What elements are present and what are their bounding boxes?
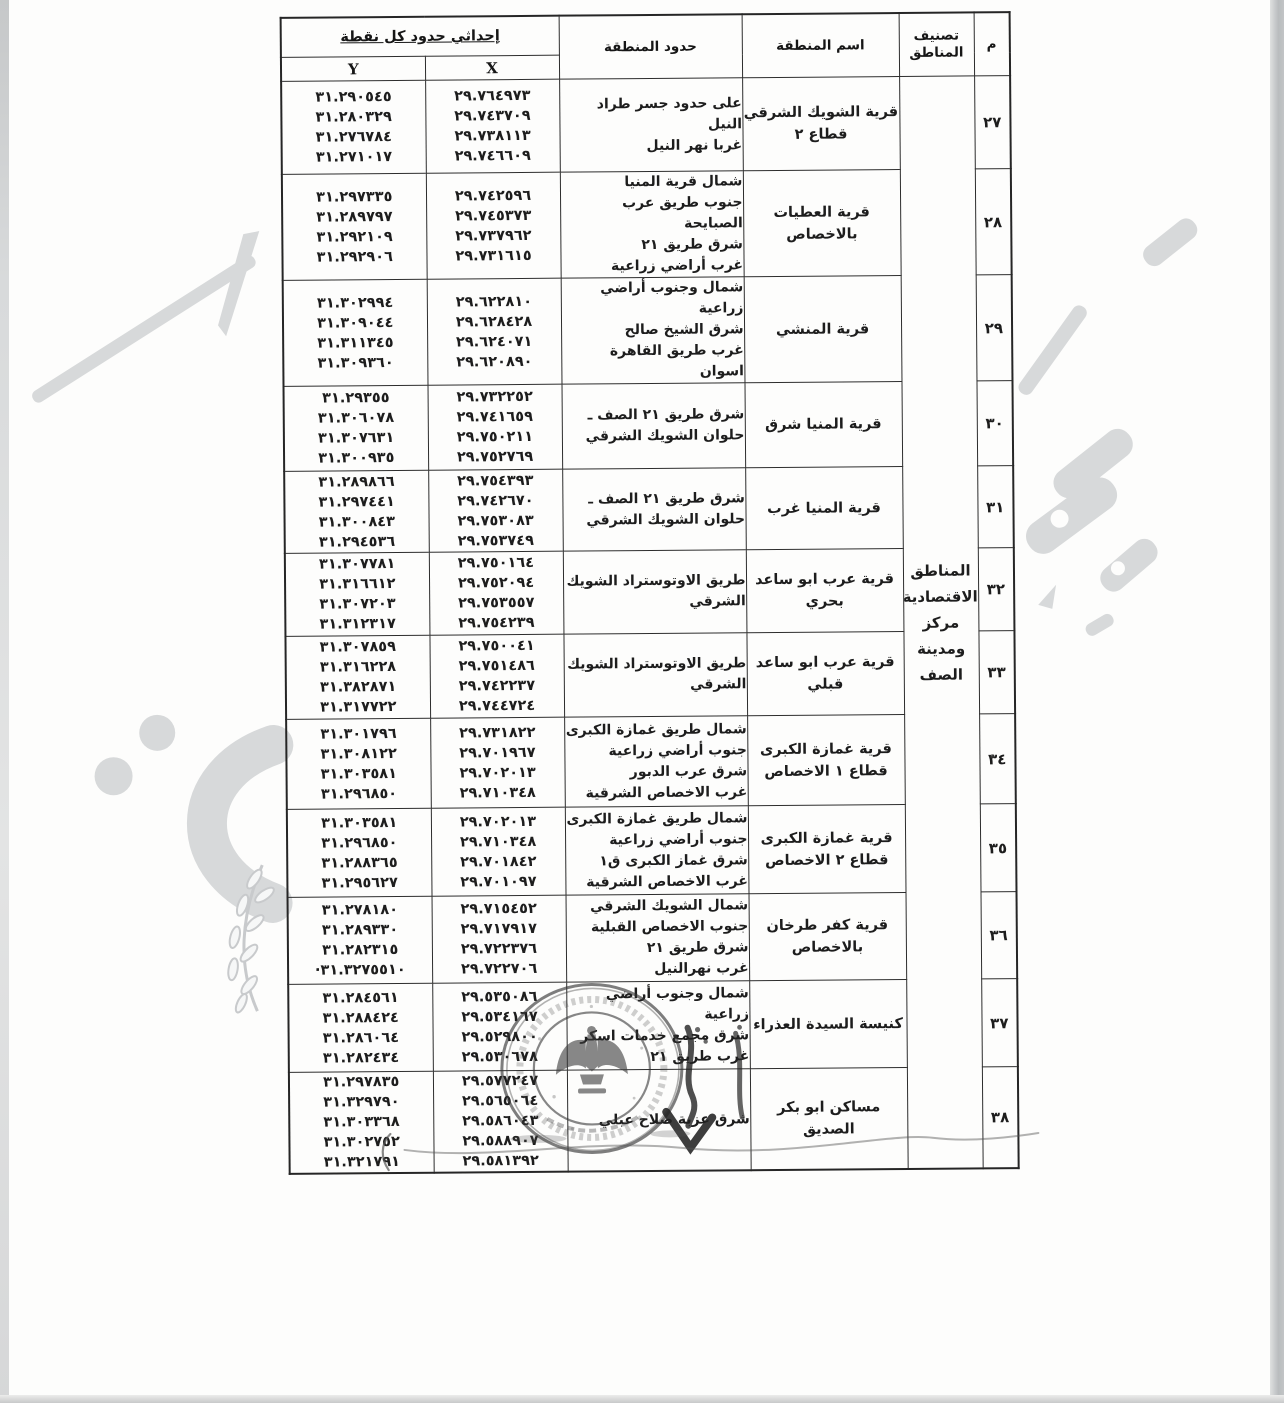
area-name-cell: قرية العطياتبالاخصاص [743,170,901,277]
classification-line: ومدينة [904,635,978,662]
y-coordinate-value: ٣١.٣٠٧٦٣١ [285,428,428,449]
x-coordinate-value: ٢٩.٦٢٢٨١٠ [427,291,560,312]
area-name-line: قرية عرب ابو ساعد [746,568,902,591]
y-coordinate-value: ٣١.٢٩٧٣٣٥ [283,186,426,207]
eagle-emblem [556,1026,629,1094]
col-header-x: X [425,55,559,80]
y-coordinate-value: ·٣١.٣٢٧٥٥١٠ [289,960,432,981]
x-coordinate-value: ٢٩.٧٤٣٧٠٩ [426,106,559,127]
y-coordinate-value: ٣١.٢٨٨٣٦٥ [288,852,431,873]
bounds-line: غرب طريق القاهرة اسوان [562,340,744,383]
row-number-cell: ٣٠ [977,381,1014,466]
y-coordinate-value: ٣١.٣٢٩٧٩٠ [290,1092,433,1113]
x-coordinate-value: ٢٩.٧٤٢٢٣٧ [430,676,563,697]
x-coordinate-value: ٢٩.٧٥٣٥٥٧ [430,593,563,614]
x-coordinate-value: ٢٩.٧٤٢٥٩٦ [426,185,559,206]
x-coordinate-value: ٢٩.٧١٥٤٥٢ [432,899,565,920]
y-coordinate-value: ٣١.٢٩٢١٠٩ [283,226,426,247]
area-name-cell: قرية غمازة الكبرىقطاع ١ الاخصاص [747,714,905,805]
area-name-line: قرية المنشي [745,318,901,341]
y-coordinate-value: ٣١.٢٩٦٨٥٠ [288,783,431,804]
bounds-line: شمال طريق غمازة الكبرى [565,808,747,830]
area-name-cell: قرية المنشي [744,276,902,383]
area-bounds-cell: شمال طريق غمازة الكبرىجنوب أراضي زراعيةش… [565,806,749,895]
squiggle-paren [383,1134,391,1170]
scan-content: م تصنيف المناطق اسم المنطقة حدود المنطقة… [0,0,1284,1403]
area-name-line: بالاخصاص [744,223,900,246]
x-coordinate-value: ٢٩.٧٣٨١١٣ [426,126,559,147]
y-coordinate-value: ٣١.٢٨٠٣٢٩ [282,107,425,128]
y-coordinate-value: ٣١.٣٠٨١٢٢ [287,743,430,764]
row-number-cell: ٣١ [977,466,1014,548]
y-coordinate-value: ٣١.٣٠٣٥٨١ [287,763,430,784]
scan-speck [990,754,994,758]
y-coordinate-value: ٣١.٣١٢٣١٧ [286,614,429,635]
bounds-line: شمال الشويك الشرقي [566,895,748,917]
area-name-cell: قرية الشويك الشرقيقطاع ٢ [742,77,900,171]
y-coordinate-value: ٣١.٣٠٦٠٧٨ [285,408,428,429]
y-coordinate-value: ٣١.٣٠٧٨٥٩ [286,637,429,658]
x-coordinates-cell: ٢٩.٧٣٢٢٥٢٢٩.٧٤١٦٥٩٢٩.٧٥٠٢١١٢٩.٧٥٢٧٦٩ [428,384,563,470]
y-coordinates-cell: ٣١.٣٠٢٩٩٤٣١.٣٠٩٠٤٤٣١.٣١١٣٤٥٣١.٣٠٩٣٦٠ [283,279,428,386]
y-coordinate-value: ٣١.٣٠٧٢٠٣ [286,594,429,615]
area-name-line: قرية المنيا غرب [746,497,902,520]
row-number-cell: ٣٧ [981,979,1018,1067]
x-coordinate-value: ٢٩.٧٥١٤٨٦ [430,656,563,677]
y-coordinate-value: ٣١.٢٧١٠١٧ [283,147,426,168]
x-coordinate-value: ٢٩.٧٣١٦١٥ [427,245,560,266]
area-name-cell: قرية المنيا غرب [745,467,903,550]
bounds-line: على حدود جسر طراد النيل [560,93,742,136]
x-coordinate-value: ٢٩.٧٤٤٧٢٤ [430,696,563,717]
col-header-area-bounds: حدود المنطقة [559,14,742,79]
y-coordinate-value: ٣١.٢٧٦٧٨٤ [282,127,425,148]
y-coordinate-value: ٣١.٢٩٥٦٢٧ [288,872,431,893]
x-coordinate-value: ٢٩.٧٥٠٠٤١ [430,636,563,657]
watermark-dot [139,715,175,751]
y-coordinate-value: ٣١.٢٨٩٣٣٠ [289,920,432,941]
y-coordinate-value: ٣١.٣١٦٢٢٨ [287,657,430,678]
x-coordinate-value: ٢٩.٦٢٨٤٢٨ [427,311,560,332]
table-row: ٢٧المناطقالاقتصاديةمركزومدينةالصفقرية ال… [281,76,1011,175]
watermark-arc [206,745,274,904]
y-coordinate-value: ٣١.٣٠٧٧٨١ [286,554,429,575]
y-coordinate-value: ٣١.٣٠١٧٩٦ [287,723,430,744]
y-coordinate-value: ٣١.٢٨٨٤٢٤ [289,1007,432,1028]
y-coordinates-cell: ٣١.٢٨٩٨٦٦٣١.٢٩٧٤٤١٣١.٣٠٠٨٤٣٣١.٢٩٤٥٣٦ [284,470,429,553]
area-name-line: قرية غمازة الكبرى [748,737,904,760]
area-name-line: بحري [747,590,903,613]
bounds-line: غرب الاخصاص الشرقية [565,782,747,804]
area-bounds-cell: شرق طريق ٢١ الصف ـحلوان الشويك الشرقي [562,383,746,469]
watermark-stroke [1016,303,1090,398]
bounds-line: شمال وجنوب أراضي [561,277,743,299]
scanned-document-page: م تصنيف المناطق اسم المنطقة حدود المنطقة… [0,0,1284,1403]
y-coordinates-cell: ٣١.٢٨٤٥٦١٣١.٢٨٨٤٢٤٣١.٢٨٦٠٦٤٣١.٢٨٢٤٣٤ [288,983,433,1072]
classification-line: الصف [904,661,978,688]
col-header-classification-line2: المناطق [899,44,973,62]
x-coordinates-cell: ٢٩.٧٣١٨٢٢٢٩.٧٠١٩٦٧٢٩.٧٠٢٠١٣٢٩.٧١٠٣٤٨ [430,717,565,808]
col-header-area-name: اسم المنطقة [742,13,899,78]
x-coordinate-value: ٢٩.٧١٧٩١٧ [432,919,565,940]
x-coordinate-value: ٢٩.٧٠١٨٤٢ [432,851,565,872]
signature-stroke [688,1028,695,1126]
row-number-cell: ٢٨ [975,169,1012,275]
bounds-line: شمال قرية المنيا [560,171,742,193]
bounds-line: غربا نهر النيل [560,135,742,157]
x-coordinates-cell: ٢٩.٧٠٢٠١٣٢٩.٧١٠٣٤٨٢٩.٧٠١٨٤٢٢٩.٧٠١٠٩٧ [431,807,566,896]
y-coordinate-value: ٣١.٣٠٩٣٦٠ [284,352,427,373]
bounds-line: شرق غماز الكبرى ق١ [566,850,748,872]
bounds-line: شرق طريق ٢١ [566,937,748,959]
x-coordinates-cell: ٢٩.٧٥٠٠٤١٢٩.٧٥١٤٨٦٢٩.٧٤٢٢٣٧٢٩.٧٤٤٧٢٤ [429,634,564,718]
area-bounds-cell: شرق طريق ٢١ الصف ـحلوان الشويك الشرقي [562,468,746,551]
x-coordinate-value: ٢٩.٦٢٠٨٩٠ [428,351,561,372]
x-coordinate-value: ٢٩.٧٥٢٠٩٤ [429,573,562,594]
bounds-line: طريق الاوتوستراد الشويك [564,653,746,675]
watermark-counter [1051,510,1069,528]
x-coordinate-value: ٢٩.٧٣٢٢٥٢ [428,387,561,408]
y-coordinate-value: ٣١.٢٨٩٧٩٧ [283,206,426,227]
col-header-classification-line1: تصنيف [899,27,973,45]
scan-edge-right [1270,0,1284,1403]
y-coordinates-cell: ٣١.٢٩٣٥٥٣١.٣٠٦٠٧٨٣١.٣٠٧٦٣١٣١.٣٠٠٩٣٥ [284,385,429,471]
y-coordinate-value: ٣١.٢٧٨١٨٠ [289,900,432,921]
y-coordinates-cell: ٣١.٣٠٧٧٨١٣١.٣١٦٦١٢٣١.٣٠٧٢٠٣٣١.٣١٢٣١٧ [285,552,430,636]
bounds-line: حلوان الشويك الشرقي [563,509,745,531]
row-number-cell: ٢٩ [976,275,1013,381]
watermark-stroke [1038,585,1056,609]
area-name-line: قرية الشويك الشرقي [743,101,899,124]
y-coordinate-value: ٣١.٢٨٤٥٦١ [289,987,432,1008]
y-coordinates-cell: ٣١.٢٧٨١٨٠٣١.٢٨٩٣٣٠٣١.٢٨٢٣١٥·٣١.٣٢٧٥٥١٠ [288,896,433,984]
area-bounds-cell: طريق الاوتوستراد الشويكالشرقي [563,550,747,634]
col-header-coordinates: إحداثي حدود كل نقطة [281,16,559,58]
y-coordinates-cell: ٣١.٢٩٠٥٤٥٣١.٢٨٠٣٢٩٣١.٢٧٦٧٨٤٣١.٢٧١٠١٧ [281,80,426,174]
x-coordinate-value: ٢٩.٧٢٢٧٠٦ [433,959,566,980]
watermark-stroke [1083,612,1115,638]
y-coordinate-value: ٣١.٢٩٧٨٣٥ [290,1072,433,1093]
x-coordinate-value: ٢٩.٧٠١٩٦٧ [431,742,564,763]
y-coordinate-value: ٣١.٣٠٠٩٣٥ [285,448,428,469]
area-name-cell: قرية كفر طرخانبالاخصاص [749,892,907,980]
x-coordinate-value: ٢٩.٧٥٢٧٦٩ [429,447,562,468]
y-coordinate-value: ٣١.٣٨٢٨٧١ [287,677,430,698]
y-coordinate-value: ٣١.٣٠٣٥٨١ [288,812,431,833]
x-coordinate-value: ٢٩.٧٥٠١٦٤ [429,553,562,574]
bounds-line: جنوب الاخصاص القبلية [566,916,748,938]
bounds-line: غرب الاخصاص الشرقية [566,871,748,893]
y-coordinate-value: ٣١.٢٩٧٤٤١ [285,491,428,512]
area-name-line: قرية المنيا شرق [745,413,901,436]
y-coordinate-value: ٣١.٣١١٣٤٥ [284,332,427,353]
y-coordinates-cell: ٣١.٣٠١٧٩٦٣١.٣٠٨١٢٢٣١.٣٠٣٥٨١٣١.٢٩٦٨٥٠ [286,718,431,809]
x-coordinate-value: ٢٩.٧٣٧٩٦٢ [427,225,560,246]
area-bounds-cell: شمال قرية المنياجنوب طريق عرب الصبايحةشر… [560,171,744,278]
y-coordinate-value: ٣١.٢٩٢٩٠٦ [283,246,426,267]
y-coordinate-value: ٣١.٣٠٢٩٩٤ [284,292,427,313]
y-coordinate-value: ٣١.٢٨٩٨٦٦ [285,471,428,492]
x-coordinates-cell: ٢٩.٧٦٤٩٧٣٢٩.٧٤٣٧٠٩٢٩.٧٣٨١١٣٢٩.٧٤٦٦٠٩ [425,79,560,173]
bounds-line: شرق عرب الدبور [565,761,747,783]
bounds-line: شرق طريق ٢١ [561,234,743,256]
area-bounds-cell: طريق الاوتوستراد الشويكالشرقي [563,633,747,717]
bounds-line: الشرقي [564,674,746,696]
y-coordinate-value: ٣١.٢٩٦٨٥٠ [288,832,431,853]
x-coordinates-cell: ٢٩.٧١٥٤٥٢٢٩.٧١٧٩١٧٢٩.٧٢٢٣٧٦٢٩.٧٢٢٧٠٦ [432,895,567,983]
col-header-num: م [974,12,1010,76]
x-coordinate-value: ٢٩.٧٥٣٠٨٣ [429,510,562,531]
y-coordinate-value: ٣١.٢٩٤٥٣٦ [286,531,429,552]
bounds-line: جنوب أراضي زراعية [565,740,747,762]
x-coordinate-value: ٢٩.٧٥٠٢١١ [428,427,561,448]
classification-line: مركز [904,609,978,636]
area-name-line: قرية كفر طرخان [749,914,905,937]
x-coordinate-value: ٢٩.٧٥٤٢٣٩ [430,613,563,634]
area-name-line: قرية عرب ابو ساعد [747,651,903,674]
y-coordinate-value: ٣١.٣١٧٧٢٢ [287,697,430,718]
area-name-line: قطاع ٢ [743,123,899,146]
x-coordinate-value: ٢٩.٧٦٤٩٧٣ [426,86,559,107]
watermark-stroke [1095,534,1162,597]
area-bounds-cell: شمال الشويك الشرقيجنوب الاخصاص القبليةشر… [566,894,750,982]
x-coordinate-value: ٢٩.٧١٠٣٤٨ [432,831,565,852]
x-coordinates-cell: ٢٩.٧٥٤٣٩٣٢٩.٧٤٢٦٧٠٢٩.٧٥٣٠٨٣٢٩.٧٥٣٧٤٩ [428,469,563,552]
bounds-line: جنوب أراضي زراعية [566,829,748,851]
bounds-line: غرب أراضي زراعية [561,255,743,277]
row-number-cell: ٣٦ [981,892,1018,979]
x-coordinates-cell: ٢٩.٧٤٢٥٩٦٢٩.٧٤٥٣٧٣٢٩.٧٣٧٩٦٢٢٩.٧٣١٦١٥ [426,172,561,279]
bounds-line: الشرقي [564,591,746,613]
x-coordinate-value: ٢٩.٧١٠٣٤٨ [431,782,564,803]
bounds-line: حلوان الشويك الشرقي [562,425,744,447]
area-bounds-cell: شمال وجنوب أراضيزراعيةشرق الشيخ صالحغرب … [561,277,745,384]
y-coordinate-value: ٣١.٢٨٢٤٣٤ [290,1047,433,1068]
signature-stroke2 [736,1033,743,1117]
bounds-line: جنوب طريق عرب الصبايحة [561,192,743,235]
classification-line: المناطق [903,557,977,584]
scan-edge-bottom [0,1395,1284,1403]
x-coordinate-value: ٢٩.٧٥٤٣٩٣ [429,470,562,491]
watermark-dot [94,757,132,795]
x-coordinate-value: ٢٩.٧٢٢٣٧٦ [432,939,565,960]
squiggle-line [404,1133,1038,1154]
scan-edge-left [0,0,9,1403]
x-coordinate-value: ٢٩.٧٠٢٠١٣ [431,811,564,832]
x-coordinate-value: ٢٩.٧٤٦٦٠٩ [426,146,559,167]
x-coordinate-value: ٢٩.٧٤٥٣٧٣ [427,205,560,226]
x-coordinate-value: ٢٩.٧٤٢٦٧٠ [429,490,562,511]
scan-squiggle [370,1121,1050,1181]
classification-line: الاقتصادية [904,583,978,610]
area-name-line: قرية العطيات [744,201,900,224]
area-name-line: قطاع ١ الاخصاص [748,759,904,782]
watermark-counter [1111,561,1125,575]
area-name-line: قطاع ٢ الاخصاص [749,848,905,871]
bounds-line: طريق الاوتوستراد الشويك [563,570,745,592]
bounds-line: شمال طريق غمازة الكبرى [565,719,747,741]
area-name-cell: قرية غمازة الكبرىقطاع ٢ الاخصاص [748,804,906,893]
y-coordinates-cell: ٣١.٣٠٣٥٨١٣١.٢٩٦٨٥٠٣١.٢٨٨٣٦٥٣١.٢٩٥٦٢٧ [287,808,432,897]
bounds-line: شرق الشيخ صالح [562,319,744,341]
y-coordinate-value: ٣١.٢٨٢٣١٥ [289,940,432,961]
y-coordinates-cell: ٣١.٣٠٧٨٥٩٣١.٣١٦٢٢٨٣١.٣٨٢٨٧١٣١.٣١٧٧٢٢ [285,635,430,719]
squiggle-smudge [510,1130,690,1143]
y-coordinates-cell: ٣١.٢٩٧٣٣٥٣١.٢٨٩٧٩٧٣١.٢٩٢١٠٩٣١.٢٩٢٩٠٦ [282,173,427,280]
area-name-cell: قرية عرب ابو ساعدبحري [746,548,904,632]
y-coordinate-value: ٣١.٣٠٠٨٤٣ [285,511,428,532]
row-number-cell: ٣٥ [980,804,1017,892]
x-coordinate-value: ٢٩.٦٢٤٠٧١ [428,331,561,352]
x-coordinates-cell: ٢٩.٧٥٠١٦٤٢٩.٧٥٢٠٩٤٢٩.٧٥٣٥٥٧٢٩.٧٥٤٢٣٩ [429,551,564,635]
bounds-line: شرق طريق ٢١ الصف ـ [562,404,744,426]
classification-cell: المناطقالاقتصاديةمركزومدينةالصف [899,76,983,1169]
area-name-cell: قرية عرب ابو ساعدقبلي [746,631,904,715]
area-name-line: قرية غمازة الكبرى [749,826,905,849]
x-coordinate-value: ٢٩.٧٤١٦٥٩ [428,407,561,428]
row-number-cell: ٣٣ [978,631,1015,714]
area-bounds-cell: على حدود جسر طراد النيلغربا نهر النيل [559,78,743,172]
header-row: م تصنيف المناطق اسم المنطقة حدود المنطقة… [281,12,1010,57]
y-coordinate-value: ٣١.٣١٦٦١٢ [286,574,429,595]
y-coordinate-value: ٣١.٣٠٩٠٤٤ [284,312,427,333]
x-coordinate-value: ٢٩.٧٠١٠٩٧ [432,871,565,892]
x-coordinate-value: ٢٩.٧٥٣٧٤٩ [429,530,562,551]
col-header-y: Y [281,56,425,81]
x-coordinate-value: ٢٩.٧٠٢٠١٣ [431,762,564,783]
area-name-cell: قرية المنيا شرق [745,382,903,468]
area-name-line: قبلي [747,673,903,696]
area-bounds-cell: شمال طريق غمازة الكبرىجنوب أراضي زراعيةش… [564,716,748,807]
y-coordinate-value: ٣١.٢٩٣٥٥ [285,388,428,409]
y-coordinate-value: ٣١.٢٨٦٠٦٤ [290,1027,433,1048]
bounds-line: شرق طريق ٢١ الصف ـ [563,488,745,510]
watermark-stroke [1139,214,1201,270]
bounds-line: زراعية [561,298,743,320]
area-name-line: بالاخصاص [749,936,905,959]
row-number-cell: ٣٢ [978,548,1015,631]
col-header-classification: تصنيف المناطق [899,12,974,76]
y-coordinate-value: ٣١.٢٩٠٥٤٥ [282,87,425,108]
x-coordinates-cell: ٢٩.٦٢٢٨١٠٢٩.٦٢٨٤٢٨٢٩.٦٢٤٠٧١٢٩.٦٢٠٨٩٠ [427,278,562,385]
row-number-cell: ٢٧ [974,76,1011,169]
row-number-cell: ٣٤ [979,714,1016,804]
x-coordinate-value: ٢٩.٧٣١٨٢٢ [431,722,564,743]
